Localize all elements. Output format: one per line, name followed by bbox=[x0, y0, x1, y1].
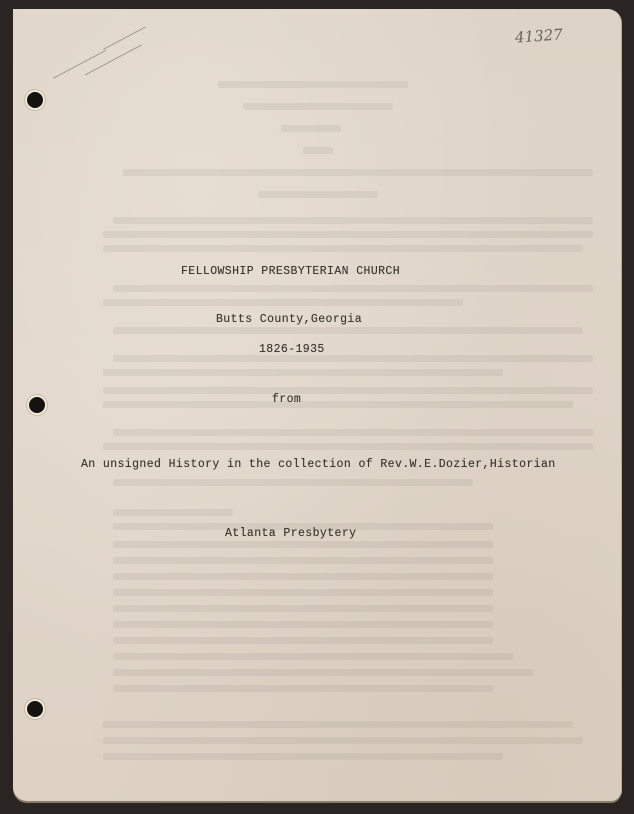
punch-hole-top bbox=[27, 92, 43, 108]
from-label: from bbox=[272, 393, 301, 406]
presbytery: Atlanta Presbytery bbox=[225, 527, 356, 540]
location: Butts County,Georgia bbox=[216, 313, 362, 326]
source-line: An unsigned History in the collection of… bbox=[81, 458, 556, 471]
date-range: 1826-1935 bbox=[259, 343, 325, 356]
pencil-note bbox=[48, 18, 164, 105]
punch-hole-middle bbox=[29, 397, 45, 413]
church-title: FELLOWSHIP PRESBYTERIAN CHURCH bbox=[181, 265, 400, 278]
catalog-number: 41327 bbox=[515, 25, 564, 46]
punch-hole-bottom bbox=[27, 701, 43, 717]
document-page: 41327 FELLOWSHIP PRESBYTERIAN CHURCH But… bbox=[13, 9, 621, 801]
